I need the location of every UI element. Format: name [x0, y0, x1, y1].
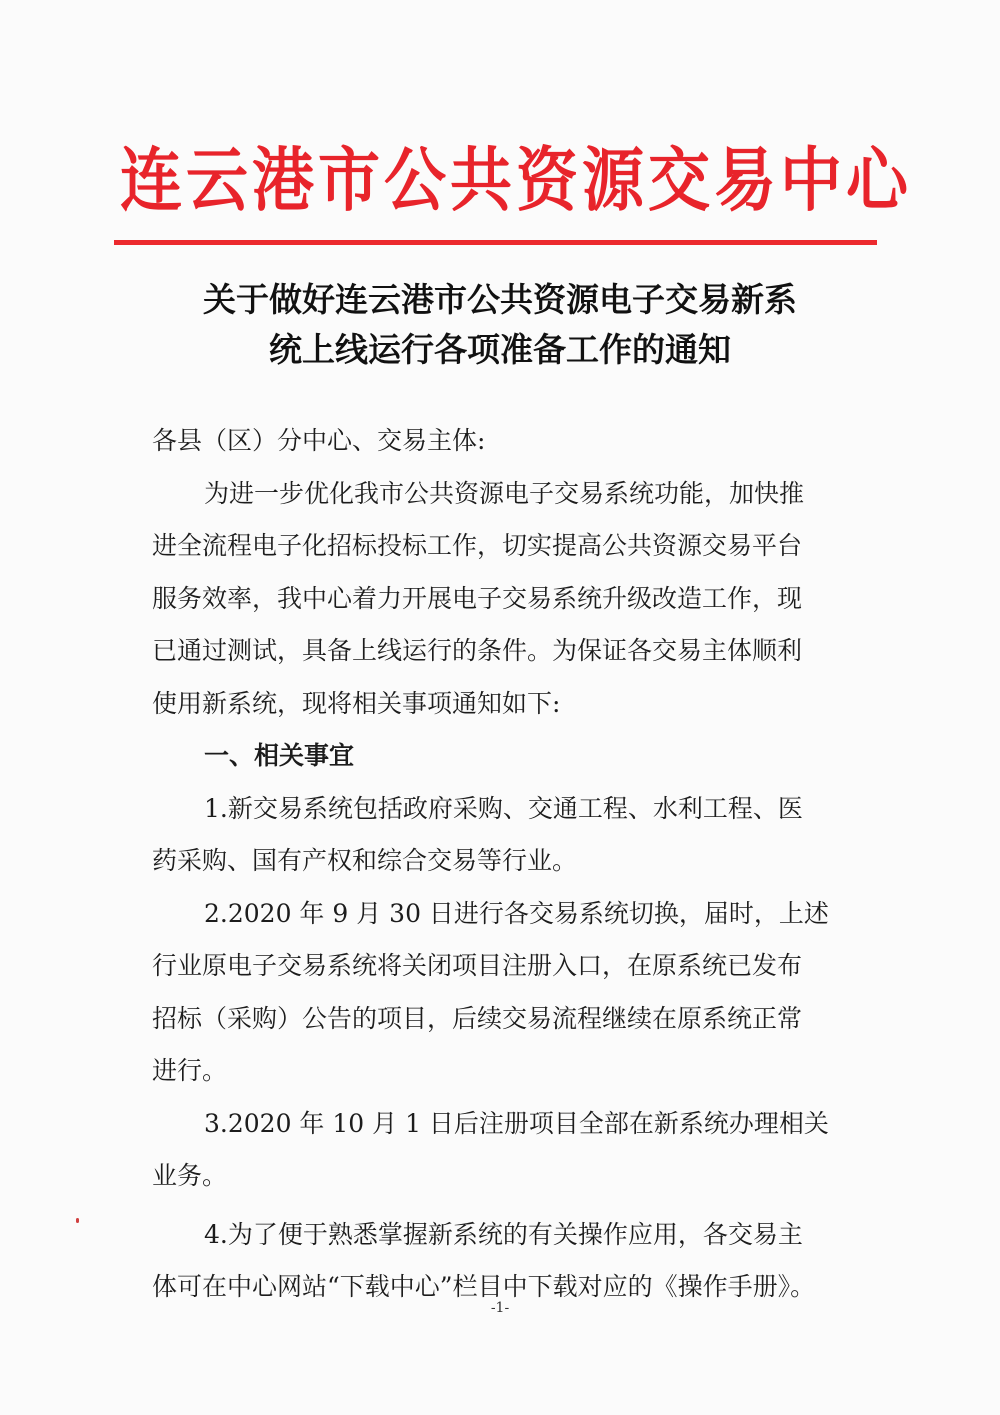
scan-speck [76, 1218, 79, 1223]
masthead-org-name: 连云港市公共资源交易中心 [120, 130, 880, 231]
list-item-4: 4.为了便于熟悉掌握新系统的有关操作应用，各交易主 体可在中心网站“下载中心”栏… [152, 1209, 852, 1314]
intro-line: 进全流程电子化招标投标工作，切实提高公共资源交易平台 [152, 520, 852, 573]
intro-line: 服务效率，我中心着力开展电子交易系统升级改造工作，现 [152, 573, 852, 626]
item-line: 行业原电子交易系统将关闭项目注册入口，在原系统已发布 [152, 940, 852, 993]
document-page: 连云港市公共资源交易中心 关于做好连云港市公共资源电子交易新系 统上线运行各项准… [0, 0, 1000, 1415]
item-line: 3.2020 年 10 月 1 日后注册项目全部在新系统办理相关 [152, 1098, 852, 1151]
addressee: 各县（区）分中心、交易主体: [152, 415, 852, 468]
section-heading: 一、相关事宜 [152, 730, 852, 783]
item-line: 4.为了便于熟悉掌握新系统的有关操作应用，各交易主 [152, 1209, 852, 1262]
item-line: 进行。 [152, 1045, 852, 1098]
list-item-2: 2.2020 年 9 月 30 日进行各交易系统切换，届时，上述 行业原电子交易… [152, 888, 852, 1098]
item-line: 业务。 [152, 1150, 852, 1203]
intro-line: 已通过测试，具备上线运行的条件。为保证各交易主体顺利 [152, 625, 852, 678]
intro-paragraph: 为进一步优化我市公共资源电子交易系统功能，加快推 进全流程电子化招标投标工作，切… [152, 468, 852, 731]
intro-line: 为进一步优化我市公共资源电子交易系统功能，加快推 [152, 468, 852, 521]
list-item-1: 1.新交易系统包括政府采购、交通工程、水利工程、医 药采购、国有产权和综合交易等… [152, 783, 852, 888]
title-line-1: 关于做好连云港市公共资源电子交易新系 [140, 275, 860, 325]
item-line: 招标（采购）公告的项目，后续交易流程继续在原系统正常 [152, 993, 852, 1046]
page-number: -1- [470, 1300, 530, 1316]
item-line: 药采购、国有产权和综合交易等行业。 [152, 835, 852, 888]
red-divider-rule [114, 240, 877, 245]
title-line-2: 统上线运行各项准备工作的通知 [140, 325, 860, 375]
document-body: 各县（区）分中心、交易主体: 为进一步优化我市公共资源电子交易系统功能，加快推 … [152, 415, 852, 1314]
item-line: 2.2020 年 9 月 30 日进行各交易系统切换，届时，上述 [152, 888, 852, 941]
list-item-3: 3.2020 年 10 月 1 日后注册项目全部在新系统办理相关 业务。 [152, 1098, 852, 1203]
document-title: 关于做好连云港市公共资源电子交易新系 统上线运行各项准备工作的通知 [140, 275, 860, 375]
intro-line: 使用新系统，现将相关事项通知如下: [152, 678, 852, 731]
item-line: 1.新交易系统包括政府采购、交通工程、水利工程、医 [152, 783, 852, 836]
